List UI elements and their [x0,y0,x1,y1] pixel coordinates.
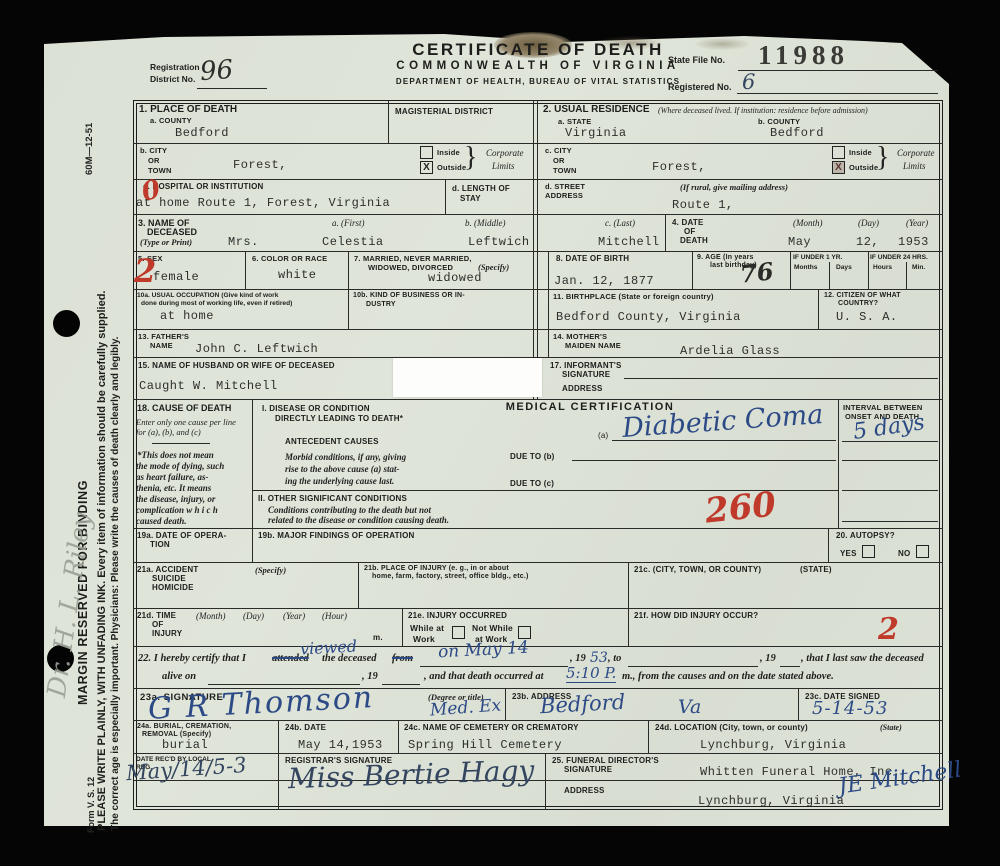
field-21b-label: 21b. PLACE OF INJURY (e. g., in or about [364,565,509,572]
field-14-mother-value: Ardelia Glass [680,344,780,358]
field-20-autopsy-label: 20. AUTOPSY? [836,531,895,540]
field-15-spouse-value: Caught W. Mitchell [139,379,278,393]
field-4-date-label: 4. DATE [672,218,703,227]
registered-no-value: 6 [742,70,755,94]
field-24d-location-label: 24d. LOCATION (City, town, or county) [655,723,808,732]
field-4-month: May [788,235,811,249]
field-24b-date-label: 24b. DATE [285,723,326,732]
field-3a-first-label: a. (First) [332,218,365,228]
field-2c-city-label: c. CITY [545,146,572,155]
struck-word-from: from [392,653,413,664]
scanned-death-certificate: 60M—12-51 MARGIN RESERVED FOR BINDING Fo… [0,0,1000,866]
funeral-address-label: ADDRESS [564,786,605,795]
field-2-usual-residence: 2. USUAL RESIDENCE [543,104,650,115]
field-24a-label: 24a. BURIAL, CREMATION, [137,723,231,730]
field-5-sex-value: female [153,270,199,284]
field-1b-city-label: b. CITY [140,146,167,155]
field-19a-operation-label: 19a. DATE OF OPERA- [137,531,226,540]
field-2d-street-label: d. STREET [545,182,585,191]
registration-district-label2: District No. [150,74,195,84]
red-annotation-260: 260 [703,484,778,531]
field-1a-county-label: a. COUNTY [150,116,192,125]
checkbox-while-at-work [452,626,465,639]
field-7-marital-value: widowed [428,271,482,285]
field-3-first-value: Celestia [322,235,384,249]
redaction-box [393,358,542,397]
margin-form-code: Form V. S. 12 [86,777,96,833]
field-7-marital-label: 7. MARRIED, NEVER MARRIED, [354,254,472,263]
checkbox-2c-inside [832,146,845,159]
under-24hrs-label: IF UNDER 24 HRS. [870,254,928,261]
other-conditions-label: II. OTHER SIGNIFICANT CONDITIONS [258,494,407,503]
field-15-spouse-label: 15. NAME OF HUSBAND OR WIFE OF DECEASED [138,361,335,370]
field-24d-location-value: Lynchburg, Virginia [700,738,846,752]
field-3-last-value: Mitchell [598,235,660,249]
interval-label: INTERVAL BETWEEN [843,403,922,412]
field-24b-date-value: May 14,1953 [298,738,383,752]
field-11-birthplace-label: 11. BIRTHPLACE (State or foreign country… [553,292,714,301]
state-file-label: State File No. [668,55,725,65]
margin-instruction-2: The correct age is especially important.… [110,337,121,831]
red-annotation-2-injury: 2 [878,612,899,647]
field-24c-cemetery-value: Spring Hill Cemetery [408,738,562,752]
field-9-age-value: 76 [739,256,775,288]
field-21e-label: 21e. INJURY OCCURRED [408,611,507,620]
field-10a-occupation-label: 10a. USUAL OCCUPATION (Give kind of work [137,292,278,299]
field-18-cause-label: 18. CAUSE OF DEATH [137,403,231,413]
registered-no-label: Registered No. [668,82,732,92]
field-1b-city-value: Forest, [233,158,287,172]
field-1c-hospital-label: c. HOSPITAL OR INSTITUTION [143,182,263,191]
field-2b-county-label: b. COUNTY [758,117,800,126]
checkbox-1b-outside-checked: X [420,161,433,174]
antecedent-causes-label: ANTECEDENT CAUSES [285,437,379,446]
field-13-father-value: John C. Leftwich [195,342,318,356]
brace-1b: } [464,142,477,174]
field-2d-street-note: (If rural, give mailing address) [680,182,788,192]
field-3-middle-value: Leftwich [468,235,530,249]
field-8-dob-value: Jan. 12, 1877 [554,274,654,288]
field-2c-city-value: Forest, [652,160,706,174]
field-12-citizen-value: U. S. A. [836,310,898,324]
field-2b-county-value: Bedford [770,126,824,140]
margin-instruction-1: PLEASE WRITE PLAINLY, WITH UNFADING INK.… [96,291,108,832]
field-3b-middle-label: b. (Middle) [465,218,506,228]
field-6-race-label: 6. COLOR OR RACE [252,254,327,263]
field-24a-value: burial [162,738,208,752]
field-21c-label: 21c. (CITY, TOWN, OR COUNTY) [634,565,761,574]
field-14-mother-label: 14. MOTHER'S [553,332,607,341]
field-17-informant-label: 17. INFORMANT'S [550,361,622,370]
red-annotation-2-sex: 2 [134,252,156,290]
field-4-year: 1953 [898,235,929,249]
field-1d-stay-label: d. LENGTH OF [452,184,510,193]
field-21d-label: 21d. TIME [137,611,176,620]
physician-address: Bedford [539,690,625,718]
field-4-day: 12, [856,235,879,249]
date-signed-value: 5-14-53 [812,698,888,719]
field-6-race-value: white [278,268,317,282]
field-3c-last-label: c. (Last) [605,218,635,228]
field-2d-street-value: Route 1, [672,198,734,212]
hand-time-of-death: 5:10 P. [566,664,616,683]
field-25-funeral-label: 25. FUNERAL DIRECTOR'S [552,756,659,765]
field-2a-state-label: a. STATE [558,117,591,126]
field-i-disease-label: I. DISEASE OR CONDITION [262,404,370,413]
due-to-b-label: DUE TO (b) [510,452,555,461]
hand-viewed: viewed [300,637,358,659]
binder-hole-top [53,310,80,337]
field-10b-business-label: 10b. KIND OF BUSINESS OR IN- [353,292,465,299]
field-19b-findings-label: 19b. MAJOR FINDINGS OF OPERATION [258,531,415,540]
under-1yr-label: IF UNDER 1 YR. [793,254,842,261]
state-file-value: 11988 [758,40,849,71]
due-to-c-label: DUE TO (c) [510,479,554,488]
registration-district-label: Registration [150,62,200,72]
funeral-address-value: Lynchburg, Virginia [698,794,844,808]
field-2-note: (Where deceased lived. If institution: r… [658,106,868,115]
checkbox-autopsy-no [916,545,929,558]
field-24c-cemetery-label: 24c. NAME OF CEMETERY OR CREMATORY [404,723,579,732]
field-8-dob-label: 8. DATE OF BIRTH [556,254,629,263]
margin-print-code: 60M—12-51 [84,123,95,175]
registration-district-value: 96 [199,55,234,87]
field-13-father-label: 13. FATHER'S [138,332,189,341]
field-1a-county-value: Bedford [175,126,229,140]
field-11-birthplace-value: Bedford County, Virginia [556,310,741,324]
checkbox-autopsy-yes [862,545,875,558]
field-magisterial-label: MAGISTERIAL DISTRICT [395,107,493,116]
field-1-place-of-death: 1. PLACE OF DEATH [139,104,237,115]
field-1c-hospital-value: at home Route 1, Forest, Virginia [136,196,390,210]
field-12-citizen-label: 12. CITIZEN OF WHAT [824,292,901,299]
checkbox-2c-outside-checked: X [832,161,845,174]
field-10a-occupation-value: at home [160,309,214,323]
field-2a-state-value: Virginia [565,126,627,140]
field-21a-label: 21a. ACCIDENT [137,565,198,574]
brace-2c: } [876,142,889,174]
field-21f-label: 21f. HOW DID INJURY OCCUR? [634,611,758,620]
checkbox-1b-inside [420,146,433,159]
